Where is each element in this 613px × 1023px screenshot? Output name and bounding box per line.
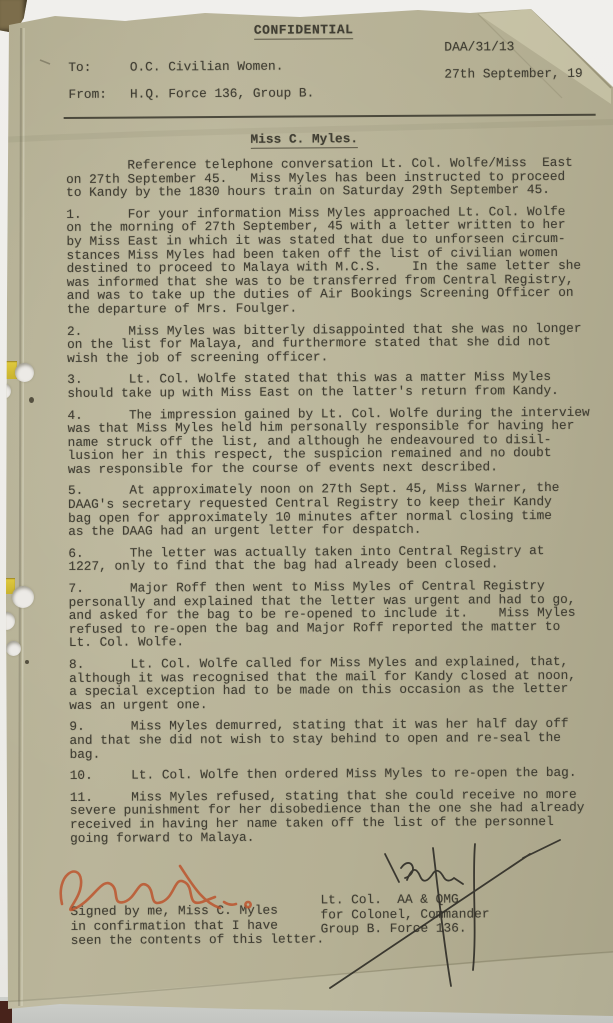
punch-hole	[12, 586, 34, 608]
from-line: From: H.Q. Force 136, Group B.	[68, 85, 314, 102]
typed-content: CONFIDENTIAL DAA/31/13 To: O.C. Civilian…	[0, 0, 613, 1023]
paragraph-7: 7. Major Roff then went to Miss Myles of…	[69, 579, 609, 650]
paragraph-2: 2. Miss Myles was bitterly disappointed …	[67, 321, 607, 365]
paragraph-3: 3. Lt. Col. Wolfe stated that this was a…	[67, 370, 607, 400]
paragraph-6: 6. The letter was actually taken into Ce…	[68, 543, 608, 573]
horizontal-rule	[64, 114, 596, 119]
paragraph-11: 11. Miss Myles refused, stating that she…	[70, 787, 610, 845]
signature-block-right: Lt. Col. AA & QMG for Colonel, Commander…	[320, 892, 489, 937]
classification-stamp: CONFIDENTIAL	[0, 21, 610, 40]
subject-title: Miss C. Myles.	[0, 130, 611, 149]
paper-speck	[29, 397, 34, 403]
punch-hole	[6, 641, 21, 656]
intro-paragraph: Reference telephone conversation Lt. Col…	[66, 156, 606, 200]
paragraph-1: 1. For your information Miss Myles appro…	[66, 204, 607, 316]
paragraph-10: 10. Lt. Col. Wolfe then ordered Miss Myl…	[70, 766, 610, 783]
paper-speck	[25, 660, 29, 664]
paragraph-9: 9. Miss Myles demurred, stating that it …	[69, 717, 609, 761]
paragraph-4: 4. The impression gained by Lt. Col. Wol…	[67, 405, 607, 476]
signature-block-left: Signed by me, Miss C. Myles in confirmat…	[70, 903, 324, 948]
paragraph-5: 5. At approximately noon on 27th Sept. 4…	[68, 481, 608, 539]
paragraph-8: 8. Lt. Col. Wolfe called for Miss Myles …	[69, 655, 609, 713]
letter-body: Reference telephone conversation Lt. Col…	[66, 156, 610, 853]
scanned-memo-page: CONFIDENTIAL DAA/31/13 To: O.C. Civilian…	[0, 0, 613, 1023]
to-line: To: O.C. Civilian Women.	[68, 59, 283, 75]
paper-sheet: CONFIDENTIAL DAA/31/13 To: O.C. Civilian…	[0, 0, 613, 1023]
reference-number: DAA/31/13	[444, 39, 514, 54]
punch-hole	[15, 363, 34, 382]
date-line: 27th September, 19	[444, 66, 582, 82]
